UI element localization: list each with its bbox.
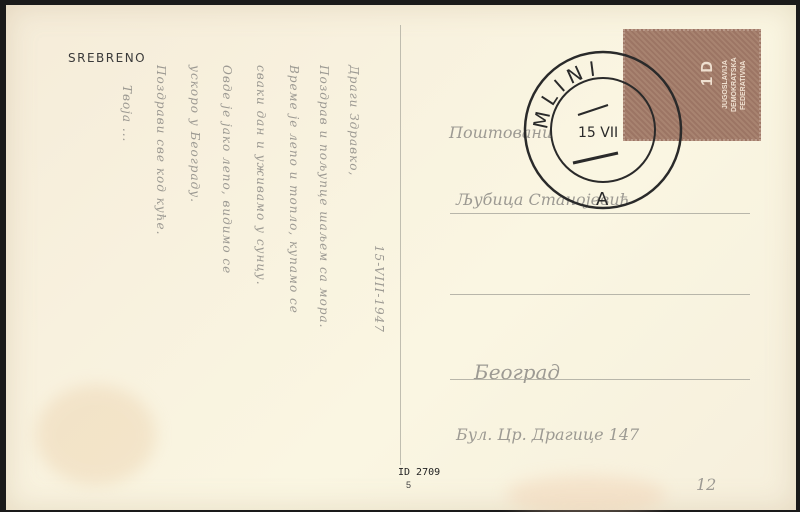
stain: [506, 475, 666, 512]
id-sub: 5: [406, 480, 411, 490]
postmark-icon: MLINI 15 VII A: [518, 45, 688, 215]
message-line: ускоро у Београду.: [188, 65, 202, 203]
message-line: Поздрави све код куће.: [154, 65, 168, 235]
stamp-country: JUGOSLAVIJA DEMOKRATSKA FEDERATIVNA: [721, 37, 755, 133]
message-line: Твоја ...: [120, 85, 134, 142]
message-date: 15-VIII-1947: [372, 245, 386, 333]
address-rule: [450, 379, 750, 380]
printed-title: SREBRENO: [68, 51, 146, 65]
stain: [36, 385, 156, 485]
address-city: Београд: [474, 360, 560, 384]
address-note: 12: [696, 475, 716, 494]
divider-line: [400, 25, 401, 465]
stamp-value: 1 D: [699, 61, 717, 86]
svg-text:A: A: [596, 189, 609, 210]
message-line: Време је лепо и топло, купамо се: [287, 65, 301, 314]
svg-text:MLINI: MLINI: [528, 56, 602, 131]
id-label: ID 2709: [398, 467, 440, 478]
postcard: SREBRENO 15-VIII-1947 Драги Здравко, Поз…: [6, 5, 796, 510]
svg-text:15 VII: 15 VII: [578, 125, 618, 141]
message-line: Овде је јако лепо, видимо се: [220, 65, 234, 274]
message-line: Драги Здравко,: [347, 65, 361, 176]
message-line: сваки дан и уживамо у сунцу.: [254, 65, 268, 286]
address-rule: [450, 294, 750, 295]
message-line: Поздрав и пољупце шаљем са мора.: [317, 65, 331, 328]
address-street: Бул. Цр. Драгице 147: [456, 425, 639, 444]
